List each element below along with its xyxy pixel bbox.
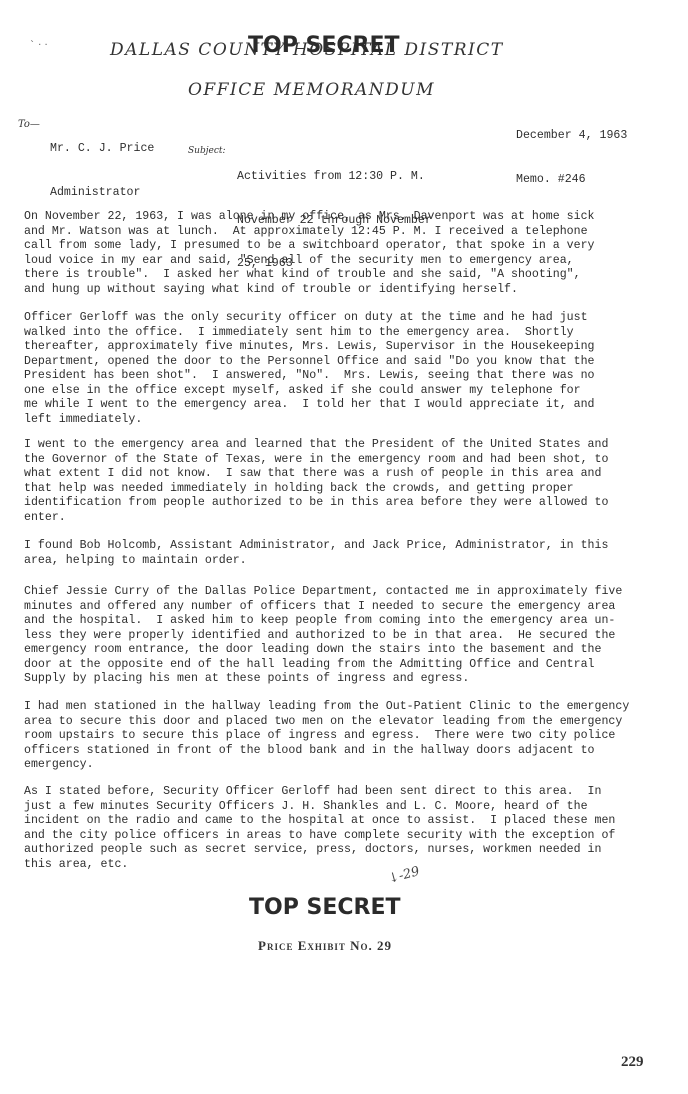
addressee-title: Administrator <box>50 186 154 201</box>
date-memo-block: December 4, 1963 Memo. #246 <box>516 100 627 202</box>
body-paragraph: Officer Gerloff was the only security of… <box>24 311 664 427</box>
subject-label: Subject: <box>188 146 226 156</box>
subject-line: Activities from 12:30 P. M. <box>237 170 432 185</box>
addressee-name: Mr. C. J. Price <box>50 142 154 157</box>
body-paragraph: I had men stationed in the hallway leadi… <box>24 700 664 773</box>
top-secret-stamp: TOP SECRET <box>248 33 400 58</box>
body-paragraph: On November 22, 1963, I was alone in my … <box>24 210 664 297</box>
exhibit-label: Price Exhibit No. 29 <box>258 938 392 954</box>
document-type: OFFICE MEMORANDUM <box>188 80 435 100</box>
body-paragraph: As I stated before, Security Officer Ger… <box>24 785 664 872</box>
addressee-block: Mr. C. J. Price Administrator <box>50 113 154 215</box>
memo-date: December 4, 1963 <box>516 129 627 144</box>
body-paragraph: Chief Jessie Curry of the Dallas Police … <box>24 585 664 687</box>
to-label: To— <box>18 119 40 130</box>
top-secret-stamp-footer: TOP SECRET <box>249 895 401 920</box>
body-paragraph: I went to the emergency area and learned… <box>24 438 664 525</box>
memo-number: Memo. #246 <box>516 173 627 188</box>
body-paragraph: I found Bob Holcomb, Assistant Administr… <box>24 539 664 568</box>
scan-marks: ` · · <box>30 40 48 51</box>
page-number: 229 <box>621 1054 644 1071</box>
